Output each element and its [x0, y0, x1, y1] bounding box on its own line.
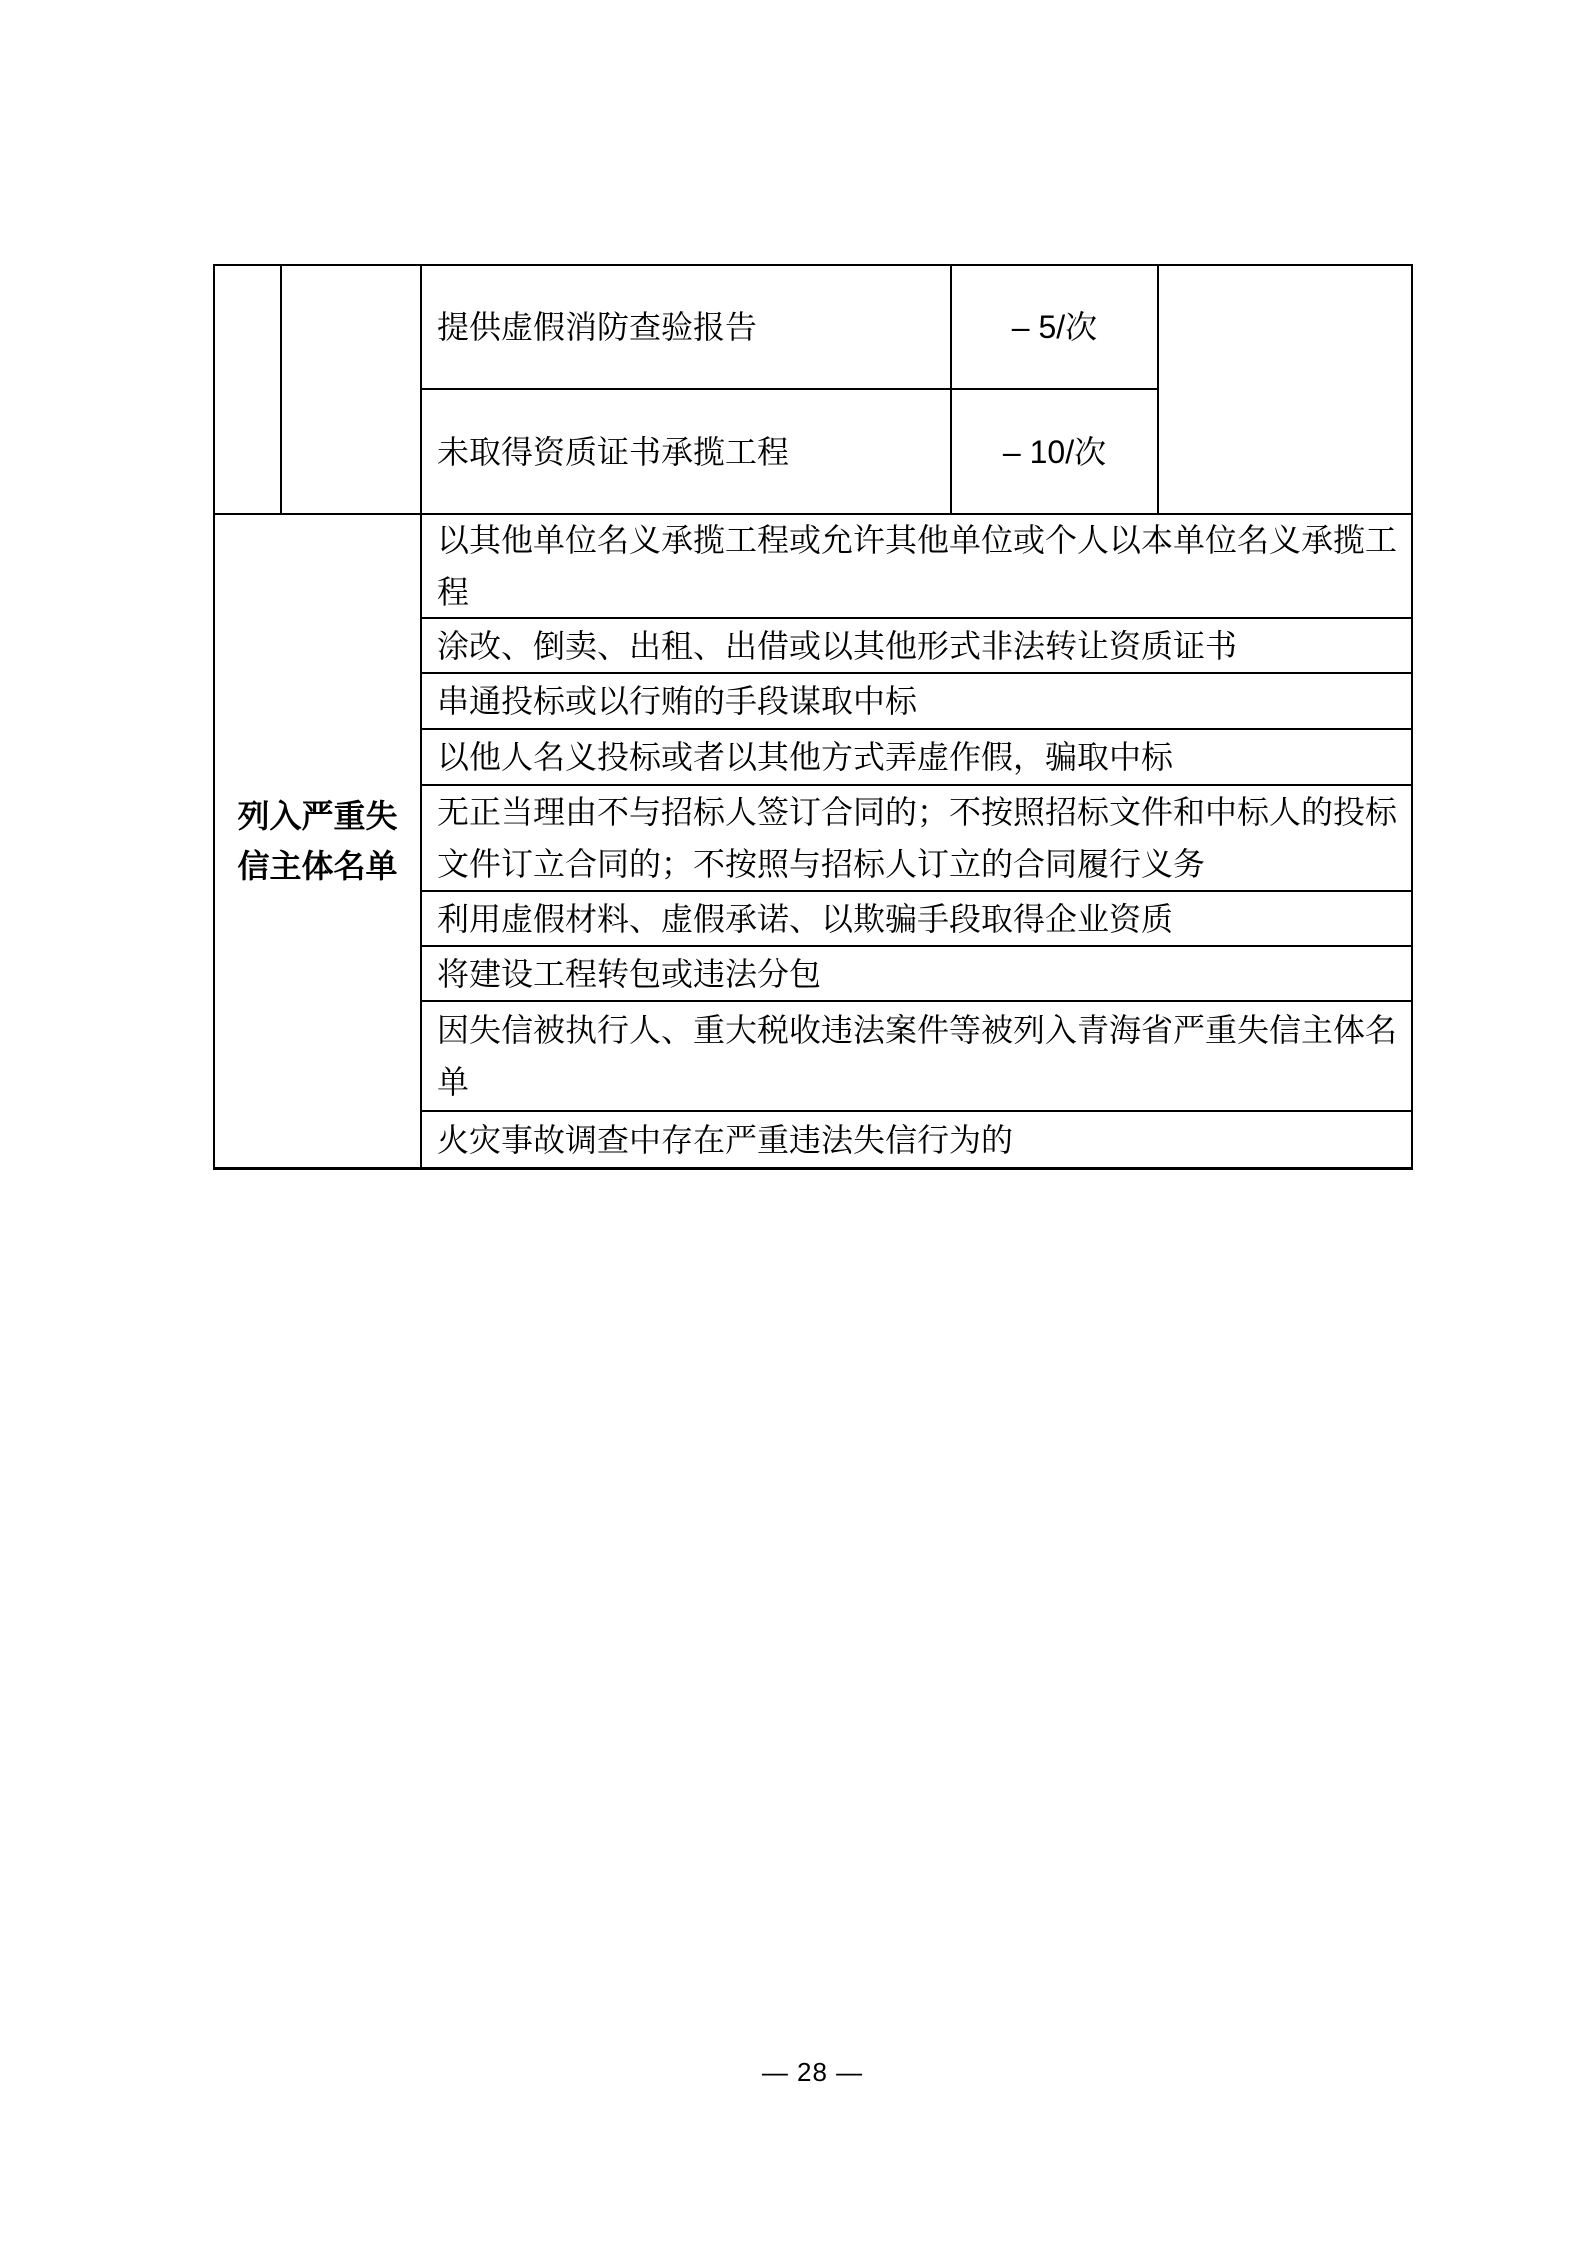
blacklist-item: 涂改、倒卖、出租、出借或以其他形式非法转让资质证书	[422, 619, 1411, 674]
score-cell: – 5/次	[952, 266, 1159, 390]
document-page: 提供虚假消防查验报告 – 5/次 未取得资质证书承揽工程 – 10/次 列入严重…	[0, 0, 1587, 2245]
blacklist-category-label: 列入严重失 信主体名单	[215, 515, 422, 1167]
penalty-table-continuation: 提供虚假消防查验报告 – 5/次 未取得资质证书承揽工程 – 10/次	[213, 264, 1413, 513]
table-cell-empty-col5	[1159, 266, 1411, 513]
blacklist-item: 无正当理由不与招标人签订合同的；不按照招标文件和中标人的投标 文件订立合同的；不…	[422, 786, 1411, 892]
blacklist-item: 以其他单位名义承揽工程或允许其他单位或个人以本单位名义承揽工 程	[422, 515, 1411, 619]
blacklist-item: 因失信被执行人、重大税收违法案件等被列入青海省严重失信主体名 单	[422, 1002, 1411, 1112]
page-number: — 28 —	[19, 2057, 1587, 2088]
table-cell-empty-col2	[282, 266, 422, 513]
blacklist-item: 利用虚假材料、虚假承诺、以欺骗手段取得企业资质	[422, 892, 1411, 947]
blacklist-table-section: 列入严重失 信主体名单 以其他单位名义承揽工程或允许其他单位或个人以本单位名义承…	[213, 513, 1413, 1170]
blacklist-item: 串通投标或以行贿的手段谋取中标	[422, 674, 1411, 730]
blacklist-item: 将建设工程转包或违法分包	[422, 947, 1411, 1002]
score-cell: – 10/次	[952, 390, 1159, 513]
blacklist-item: 火灾事故调查中存在严重违法失信行为的	[422, 1112, 1411, 1167]
violation-cell: 提供虚假消防查验报告	[422, 266, 952, 390]
table-cell-empty-col1	[215, 266, 282, 513]
blacklist-item: 以他人名义投标或者以其他方式弄虚作假，骗取中标	[422, 730, 1411, 786]
violation-cell: 未取得资质证书承揽工程	[422, 390, 952, 513]
